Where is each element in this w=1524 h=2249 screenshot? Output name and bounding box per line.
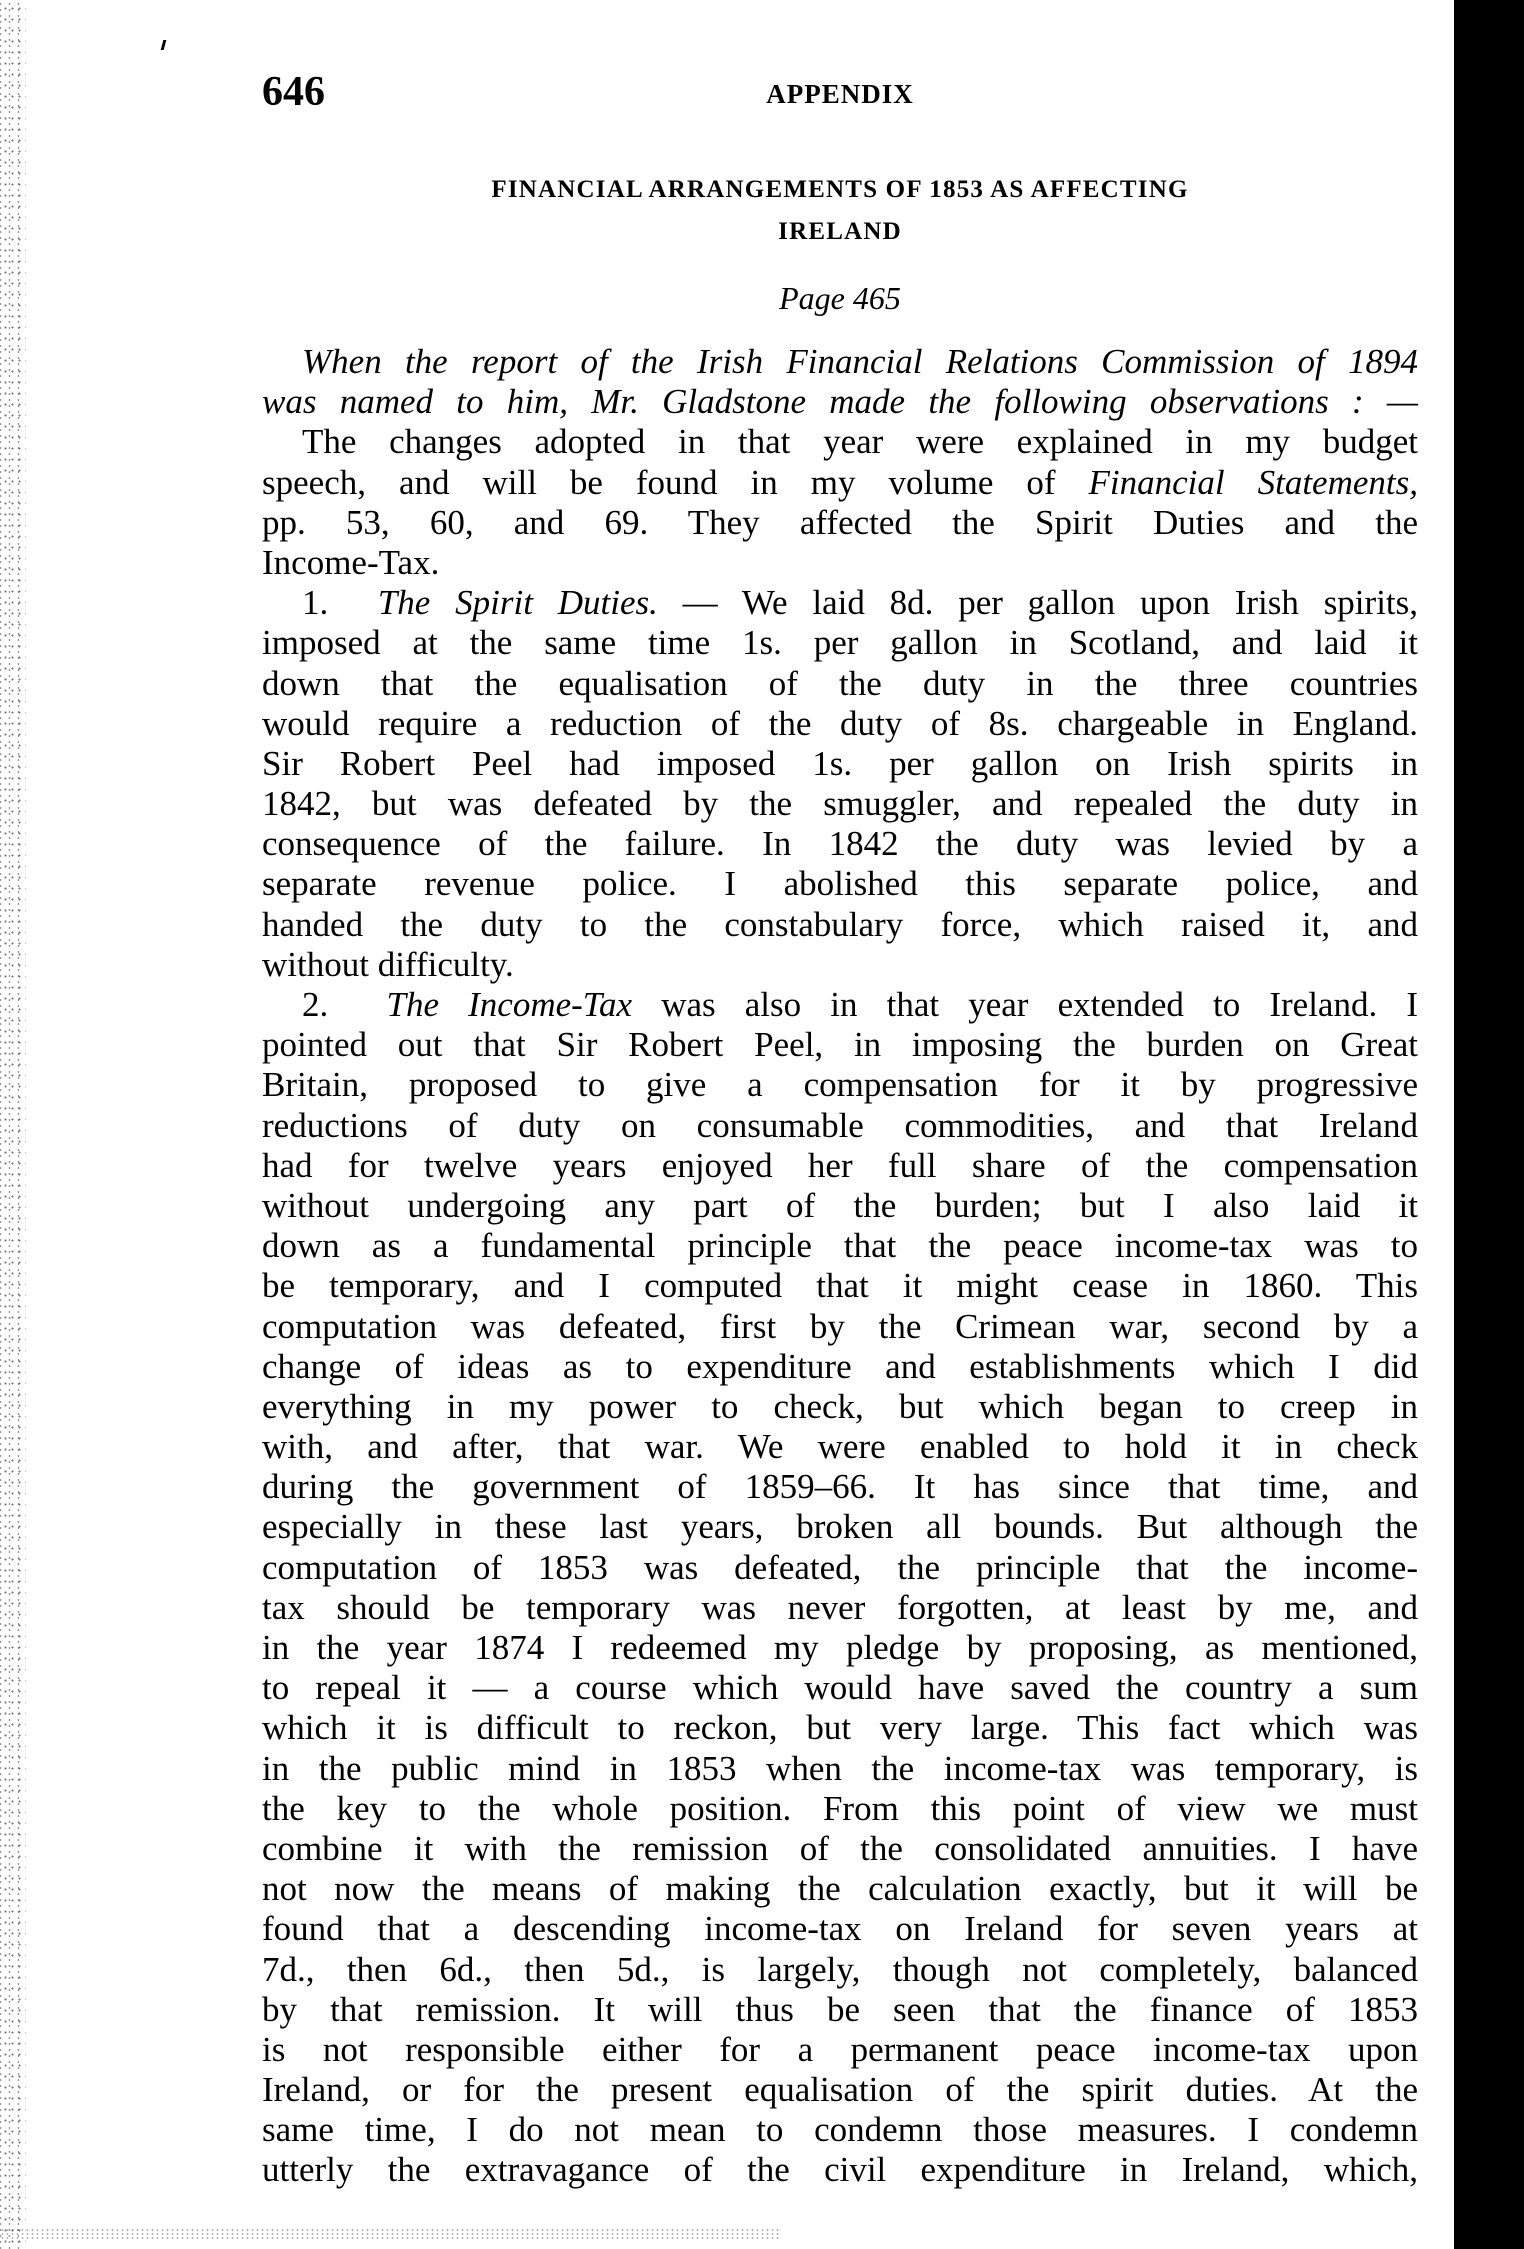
- body-text: When the report of the Irish Financial R…: [262, 342, 1418, 2191]
- text-line: 1842, but was defeated by the smuggler, …: [262, 784, 1418, 824]
- text-line: with, and after, that war. We were enabl…: [262, 1427, 1418, 1467]
- text-line: Britain, proposed to give a compensation…: [262, 1065, 1418, 1105]
- running-head: 646 APPENDIX: [262, 70, 1418, 114]
- text-line: change of ideas as to expenditure and es…: [262, 1347, 1418, 1387]
- section-title: FINANCIAL ARRANGEMENTS OF 1853 AS AFFECT…: [262, 168, 1418, 254]
- scan-bottom-speckle: [0, 2228, 780, 2240]
- text-line: 2. The Income-Tax was also in that year …: [262, 985, 1418, 1025]
- text-line: in the year 1874 I redeemed my pledge by…: [262, 1628, 1418, 1668]
- paragraph-income-tax: 2. The Income-Tax was also in that year …: [262, 985, 1418, 2191]
- text-line: Income-Tax.: [262, 543, 1418, 583]
- book-title: Financial Statements,: [1089, 463, 1418, 502]
- text-line: without undergoing any part of the burde…: [262, 1186, 1418, 1226]
- scan-mark: [161, 40, 167, 50]
- text-line: was named to him, Mr. Gladstone made the…: [262, 382, 1418, 422]
- text-line: computation was defeated, first by the C…: [262, 1307, 1418, 1347]
- text-line: especially in these last years, broken a…: [262, 1507, 1418, 1547]
- text-line: same time, I do not mean to condemn thos…: [262, 2110, 1418, 2150]
- section-heading-income-tax: The Income-Tax: [387, 985, 633, 1024]
- text-line: tax should be temporary was never forgot…: [262, 1588, 1418, 1628]
- text-line: which it is difficult to reckon, but ver…: [262, 1708, 1418, 1748]
- text-line: is not responsible either for a permanen…: [262, 2030, 1418, 2070]
- text-line: by that remission. It will thus be seen …: [262, 1990, 1418, 2030]
- text-line: utterly the extravagance of the civil ex…: [262, 2150, 1418, 2190]
- text-line: reductions of duty on consumable commodi…: [262, 1106, 1418, 1146]
- text-line: combine it with the remission of the con…: [262, 1829, 1418, 1869]
- text-line: speech, and will be found in my volume o…: [262, 463, 1418, 503]
- text-line: 7d., then 6d., then 5d., is largely, tho…: [262, 1950, 1418, 1990]
- text-line: When the report of the Irish Financial R…: [262, 342, 1418, 382]
- intro-paragraph: When the report of the Irish Financial R…: [262, 342, 1418, 422]
- text-line: Sir Robert Peel had imposed 1s. per gall…: [262, 744, 1418, 784]
- text-line: computation of 1853 was defeated, the pr…: [262, 1548, 1418, 1588]
- text-line: Ireland, or for the present equalisation…: [262, 2070, 1418, 2110]
- text-line: down that the equalisation of the duty i…: [262, 664, 1418, 704]
- text-line: separate revenue police. I abolished thi…: [262, 864, 1418, 904]
- text-line: without difficulty.: [262, 945, 1418, 985]
- page-reference: Page 465: [262, 280, 1418, 316]
- text-line: imposed at the same time 1s. per gallon …: [262, 623, 1418, 663]
- text-line: found that a descending income-tax on Ir…: [262, 1909, 1418, 1949]
- text-line: 1. The Spirit Duties. — We laid 8d. per …: [262, 583, 1418, 623]
- text-line: in the public mind in 1853 when the inco…: [262, 1749, 1418, 1789]
- section-title-line-2: IRELAND: [262, 210, 1418, 254]
- text-line: would require a reduction of the duty of…: [262, 704, 1418, 744]
- text-line: not now the means of making the calculat…: [262, 1869, 1418, 1909]
- scan-margin-black-bar: [1454, 0, 1524, 2249]
- text-line: The changes adopted in that year were ex…: [262, 422, 1418, 462]
- paragraph-changes: The changes adopted in that year were ex…: [262, 422, 1418, 583]
- text-line: consequence of the failure. In 1842 the …: [262, 824, 1418, 864]
- section-title-line-1: FINANCIAL ARRANGEMENTS OF 1853 AS AFFECT…: [262, 168, 1418, 212]
- paragraph-spirit-duties: 1. The Spirit Duties. — We laid 8d. per …: [262, 583, 1418, 985]
- text-line: had for twelve years enjoyed her full sh…: [262, 1146, 1418, 1186]
- text-line: pp. 53, 60, and 69. They affected the Sp…: [262, 503, 1418, 543]
- text-line: pointed out that Sir Robert Peel, in imp…: [262, 1025, 1418, 1065]
- text-line: everything in my power to check, but whi…: [262, 1387, 1418, 1427]
- text-line: during the government of 1859–66. It has…: [262, 1467, 1418, 1507]
- text-line: handed the duty to the constabulary forc…: [262, 905, 1418, 945]
- running-head-title: APPENDIX: [262, 76, 1418, 112]
- text-line: down as a fundamental principle that the…: [262, 1226, 1418, 1266]
- text-line: the key to the whole position. From this…: [262, 1789, 1418, 1829]
- section-heading-spirit-duties: The Spirit Duties.: [378, 583, 658, 622]
- text-line: be temporary, and I computed that it mig…: [262, 1266, 1418, 1306]
- scan-edge-speckle: [0, 0, 26, 2249]
- text-line: to repeal it — a course which would have…: [262, 1668, 1418, 1708]
